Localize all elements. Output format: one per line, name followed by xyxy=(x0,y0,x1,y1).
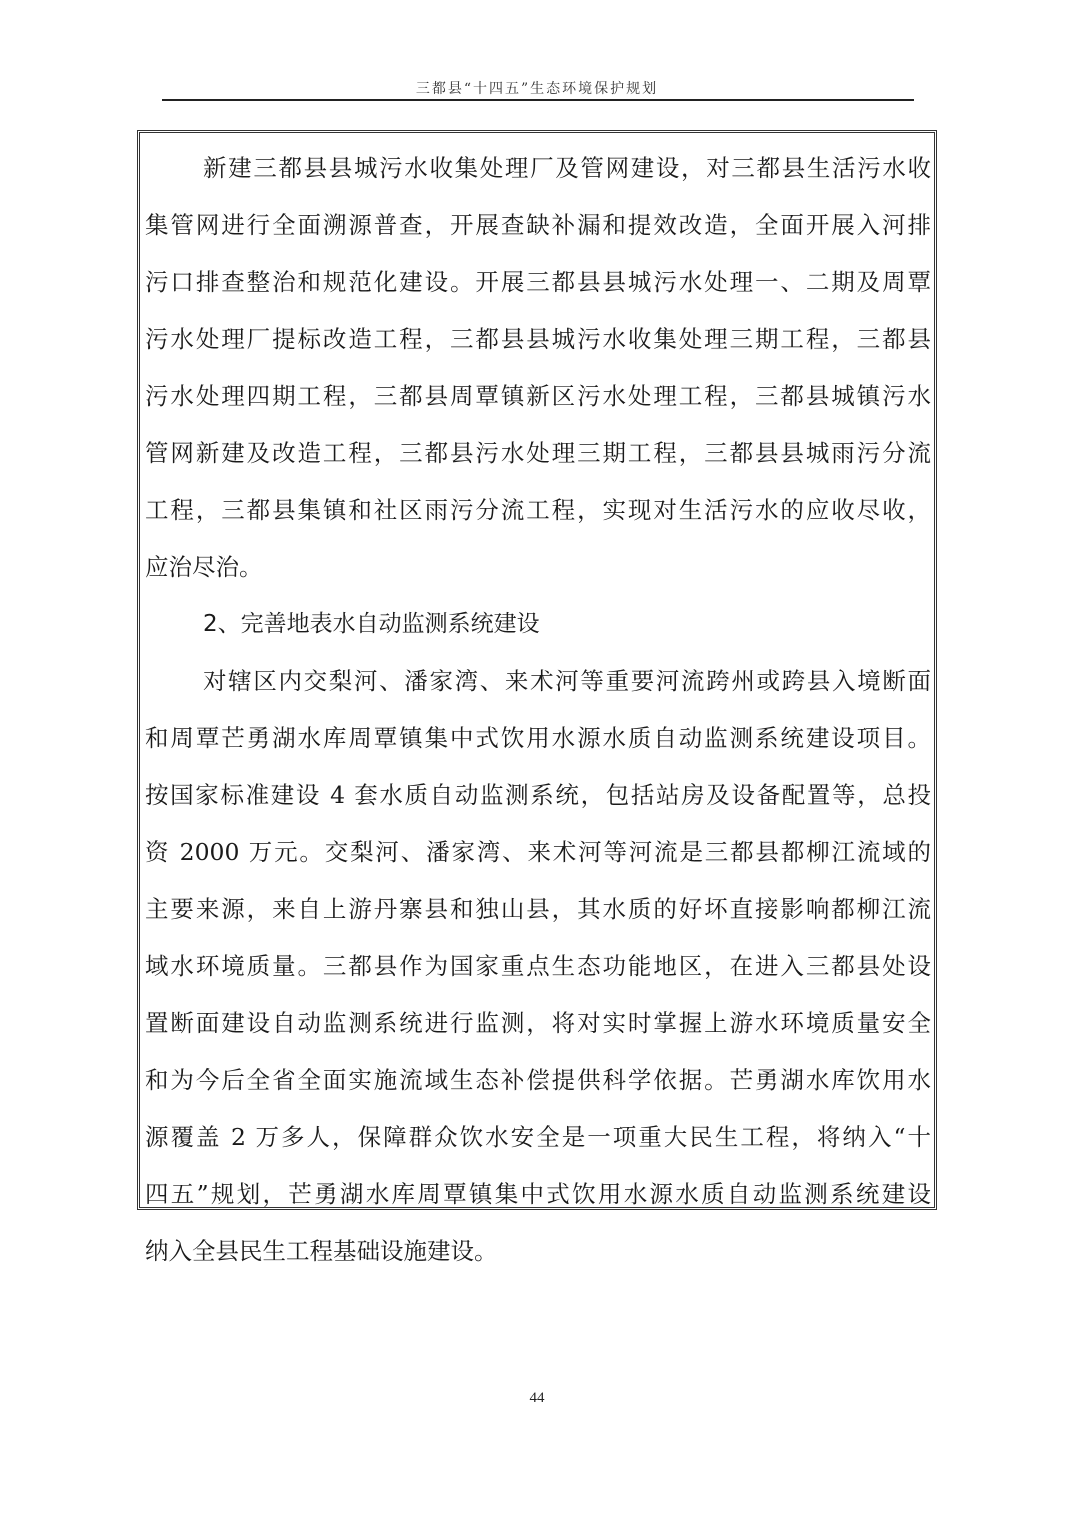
running-header: 三都县“十四五”生态环境保护规划 xyxy=(0,78,1074,98)
content-body: 新建三都县县城污水收集处理厂及管网建设，对三都县生活污水收 集管网进行全面溯源普… xyxy=(145,140,931,1280)
paragraph-line: 置断面建设自动监测系统进行监测，将对实时掌握上游水环境质量安全 xyxy=(145,995,931,1052)
paragraph-line: 新建三都县县城污水收集处理厂及管网建设，对三都县生活污水收 xyxy=(145,140,931,197)
paragraph-line: 和为今后全省全面实施流域生态补偿提供科学依据。芒勇湖水库饮用水 xyxy=(145,1052,931,1109)
paragraph-line: 纳入全县民生工程基础设施建设。 xyxy=(145,1223,931,1280)
paragraph-line: 按国家标准建设 4 套水质自动监测系统，包括站房及设备配置等，总投 xyxy=(145,767,931,824)
header-divider xyxy=(162,99,914,101)
section-heading: 2、完善地表水自动监测系统建设 xyxy=(145,596,931,653)
paragraph-line: 管网新建及改造工程，三都县污水处理三期工程，三都县县城雨污分流 xyxy=(145,425,931,482)
paragraph-line: 污水处理四期工程，三都县周覃镇新区污水处理工程，三都县城镇污水 xyxy=(145,368,931,425)
content-frame: 新建三都县县城污水收集处理厂及管网建设，对三都县生活污水收 集管网进行全面溯源普… xyxy=(137,130,937,1210)
paragraph-line: 污水处理厂提标改造工程，三都县县城污水收集处理三期工程，三都县 xyxy=(145,311,931,368)
paragraph-line: 应治尽治。 xyxy=(145,539,931,596)
paragraph-line: 源覆盖 2 万多人，保障群众饮水安全是一项重大民生工程，将纳入“十 xyxy=(145,1109,931,1166)
paragraph-line: 域水环境质量。三都县作为国家重点生态功能地区，在进入三都县处设 xyxy=(145,938,931,995)
paragraph-line: 污口排查整治和规范化建设。开展三都县县城污水处理一、二期及周覃 xyxy=(145,254,931,311)
paragraph-line: 资 2000 万元。交梨河、潘家湾、来术河等河流是三都县都柳江流域的 xyxy=(145,824,931,881)
paragraph-line: 四五”规划，芒勇湖水库周覃镇集中式饮用水源水质自动监测系统建设 xyxy=(145,1166,931,1223)
page-number: 44 xyxy=(0,1390,1074,1407)
paragraph-line: 主要来源，来自上游丹寨县和独山县，其水质的好坏直接影响都柳江流 xyxy=(145,881,931,938)
paragraph-line: 集管网进行全面溯源普查，开展查缺补漏和提效改造，全面开展入河排 xyxy=(145,197,931,254)
paragraph-line: 和周覃芒勇湖水库周覃镇集中式饮用水源水质自动监测系统建设项目。 xyxy=(145,710,931,767)
paragraph-line: 对辖区内交梨河、潘家湾、来术河等重要河流跨州或跨县入境断面 xyxy=(145,653,931,710)
paragraph-line: 工程，三都县集镇和社区雨污分流工程，实现对生活污水的应收尽收， xyxy=(145,482,931,539)
